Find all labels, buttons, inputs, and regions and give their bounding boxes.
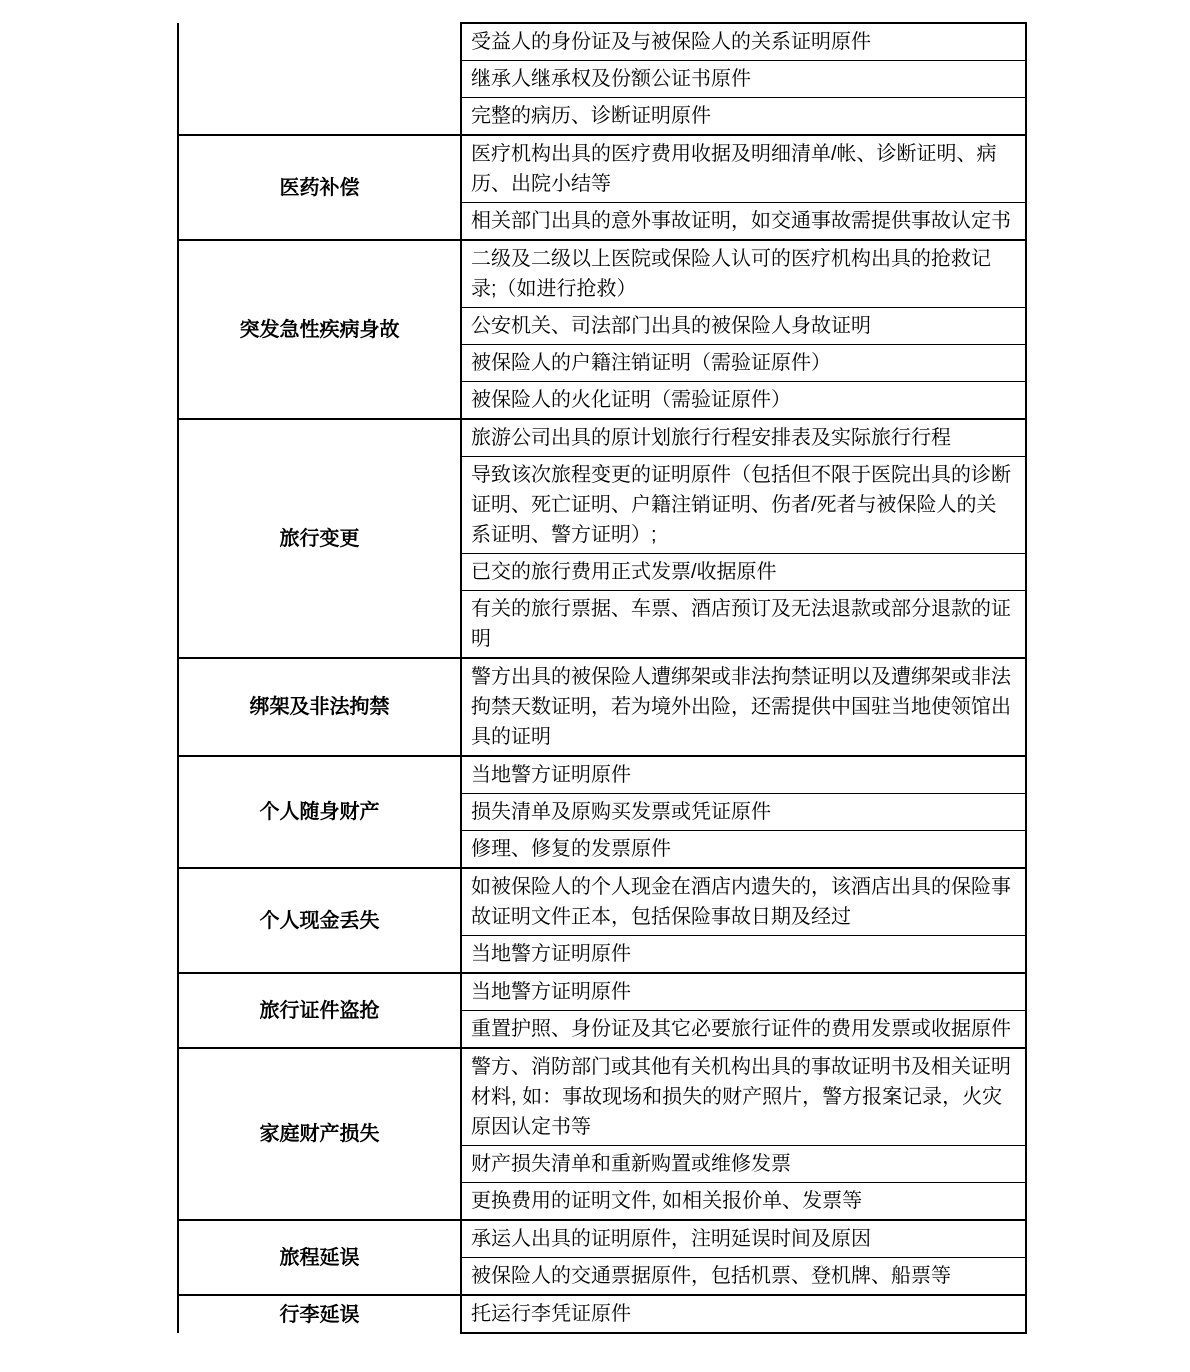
item-cell: 托运行李凭证原件: [461, 1295, 1026, 1333]
claim-documents-table: 受益人的身份证及与被保险人的关系证明原件 继承人继承权及份额公证书原件 完整的病…: [177, 22, 1027, 1334]
table-row: 旅行变更 旅游公司出具的原计划旅行行程安排表及实际旅行行程: [178, 419, 1026, 457]
table-row: 旅程延误 承运人出具的证明原件，注明延误时间及原因: [178, 1220, 1026, 1258]
item-cell: 警方出具的被保险人遭绑架或非法拘禁证明以及遭绑架或非法拘禁天数证明，若为境外出险…: [461, 658, 1026, 756]
category-cell: 个人现金丢失: [178, 868, 461, 973]
category-cell: 旅行变更: [178, 419, 461, 658]
table-row: 个人随身财产 当地警方证明原件: [178, 756, 1026, 794]
item-cell: 被保险人的交通票据原件，包括机票、登机牌、船票等: [461, 1258, 1026, 1296]
item-cell: 财产损失清单和重新购置或维修发票: [461, 1146, 1026, 1183]
category-cell: 行李延误: [178, 1295, 461, 1333]
table-row: 旅行证件盗抢 当地警方证明原件: [178, 973, 1026, 1011]
item-cell: 修理、修复的发票原件: [461, 831, 1026, 869]
table-row: 绑架及非法拘禁 警方出具的被保险人遭绑架或非法拘禁证明以及遭绑架或非法拘禁天数证…: [178, 658, 1026, 756]
category-cell: 绑架及非法拘禁: [178, 658, 461, 756]
table-row: 家庭财产损失 警方、消防部门或其他有关机构出具的事故证明书及相关证明材料, 如：…: [178, 1048, 1026, 1146]
table-row: 医药补偿 医疗机构出具的医疗费用收据及明细清单/帐、诊断证明、病历、出院小结等: [178, 135, 1026, 203]
table-row: 突发急性疾病身故 二级及二级以上医院或保险人认可的医疗机构出具的抢救记录;（如进…: [178, 240, 1026, 308]
category-cell: 医药补偿: [178, 135, 461, 240]
item-cell: 如被保险人的个人现金在酒店内遗失的，该酒店出具的保险事故证明文件正本，包括保险事…: [461, 868, 1026, 936]
table-row: 受益人的身份证及与被保险人的关系证明原件: [178, 23, 1026, 61]
item-cell: 继承人继承权及份额公证书原件: [461, 61, 1026, 98]
category-cell: 个人随身财产: [178, 756, 461, 868]
item-cell: 完整的病历、诊断证明原件: [461, 98, 1026, 136]
item-cell: 公安机关、司法部门出具的被保险人身故证明: [461, 308, 1026, 345]
table-row: 个人现金丢失 如被保险人的个人现金在酒店内遗失的，该酒店出具的保险事故证明文件正…: [178, 868, 1026, 936]
item-cell: 受益人的身份证及与被保险人的关系证明原件: [461, 23, 1026, 61]
item-cell: 当地警方证明原件: [461, 973, 1026, 1011]
item-cell: 被保险人的户籍注销证明（需验证原件）: [461, 345, 1026, 382]
item-cell: 重置护照、身份证及其它必要旅行证件的费用发票或收据原件: [461, 1011, 1026, 1049]
item-cell: 承运人出具的证明原件，注明延误时间及原因: [461, 1220, 1026, 1258]
document-page: 受益人的身份证及与被保险人的关系证明原件 继承人继承权及份额公证书原件 完整的病…: [0, 0, 1190, 1372]
item-cell: 相关部门出具的意外事故证明，如交通事故需提供事故认定书: [461, 203, 1026, 241]
item-cell: 更换费用的证明文件, 如相关报价单、发票等: [461, 1183, 1026, 1221]
category-cell: 旅程延误: [178, 1220, 461, 1295]
category-cell: 家庭财产损失: [178, 1048, 461, 1220]
item-cell: 警方、消防部门或其他有关机构出具的事故证明书及相关证明材料, 如：事故现场和损失…: [461, 1048, 1026, 1146]
item-cell: 医疗机构出具的医疗费用收据及明细清单/帐、诊断证明、病历、出院小结等: [461, 135, 1026, 203]
category-cell: 旅行证件盗抢: [178, 973, 461, 1048]
item-cell: 被保险人的火化证明（需验证原件）: [461, 382, 1026, 420]
category-cell: 突发急性疾病身故: [178, 240, 461, 419]
item-cell: 旅游公司出具的原计划旅行行程安排表及实际旅行行程: [461, 419, 1026, 457]
item-cell: 二级及二级以上医院或保险人认可的医疗机构出具的抢救记录;（如进行抢救）: [461, 240, 1026, 308]
item-cell: 导致该次旅程变更的证明原件（包括但不限于医院出具的诊断证明、死亡证明、户籍注销证…: [461, 457, 1026, 554]
table-row: 行李延误 托运行李凭证原件: [178, 1295, 1026, 1333]
item-cell: 损失清单及原购买发票或凭证原件: [461, 794, 1026, 831]
item-cell: 当地警方证明原件: [461, 756, 1026, 794]
item-cell: 已交的旅行费用正式发票/收据原件: [461, 554, 1026, 591]
category-cell: [178, 23, 461, 135]
item-cell: 有关的旅行票据、车票、酒店预订及无法退款或部分退款的证明: [461, 591, 1026, 659]
item-cell: 当地警方证明原件: [461, 936, 1026, 974]
